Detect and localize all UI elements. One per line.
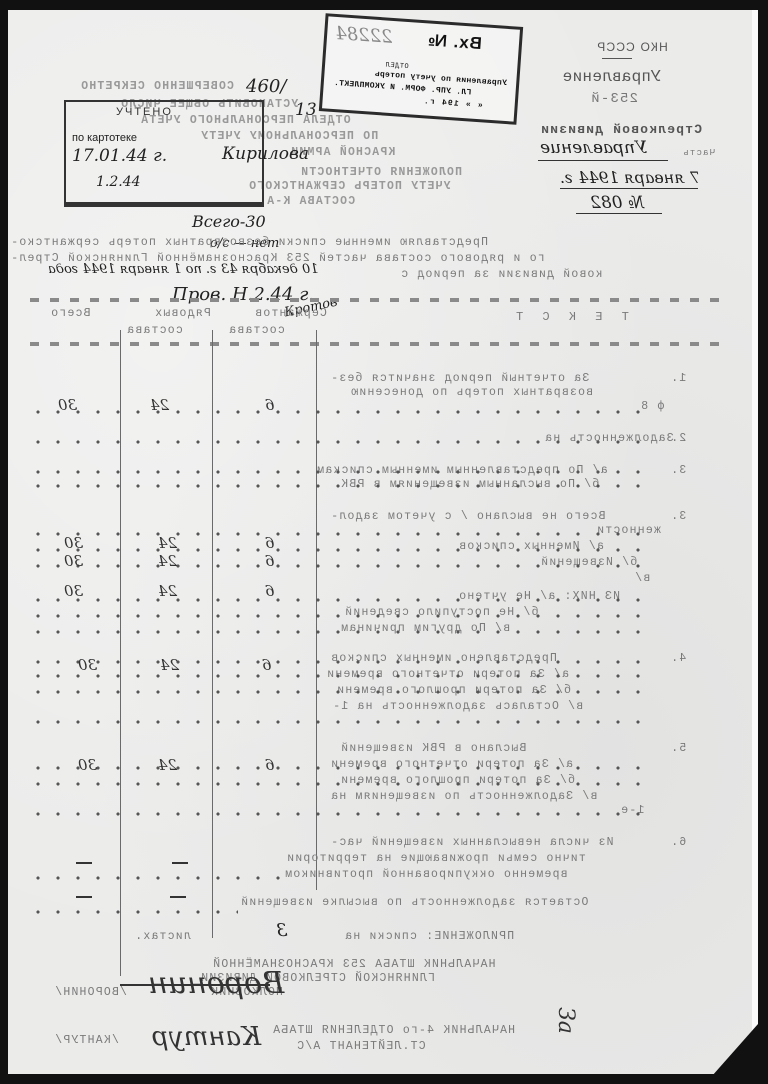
remaining-dash-ryad <box>170 896 186 898</box>
column-rule-2 <box>212 330 213 938</box>
registry-stamp-title: УЧТЕНО <box>116 106 173 118</box>
ofwhich-val-total: 30 <box>64 582 83 600</box>
header-org: НКО СССР <box>596 40 668 54</box>
item-4-leader-b <box>28 690 648 694</box>
item-3-leader-b <box>28 484 648 488</box>
ofwhich-leader-a <box>28 598 648 602</box>
header-dept: Управление <box>562 70 661 84</box>
remaining-dash-total <box>76 896 92 898</box>
header-line-8: СОСТАВА К-А <box>266 195 355 209</box>
item-3b-number: 3. <box>670 510 686 524</box>
item-3b-line-5: в/ <box>634 572 650 586</box>
item-3b-a-total: 30 <box>64 534 83 552</box>
header-part-label: Часть <box>682 146 715 160</box>
item-5-line-4: в/ Задолженность по извещениям на <box>330 790 597 804</box>
item-5-leader-c <box>28 812 648 816</box>
item-4-val-serg: 6 <box>262 656 272 674</box>
item-1-val-total: 30 <box>58 396 77 414</box>
signature-2-initial: За <box>553 1007 578 1034</box>
item-3b-line-1: Всего не выслано / с учетом задол- <box>330 510 605 524</box>
registry-stamp-date: 17.01.44 г. <box>72 146 167 166</box>
registry-stamp-date2: 1.2.44 <box>96 174 141 190</box>
table-top-rule <box>30 298 720 302</box>
text-heading: Т Е К С Т <box>510 310 629 324</box>
incoming-stamp: Вх. № 22284 ОТДЕЛ Управления по учету по… <box>319 13 523 125</box>
item-3-number: 3. <box>670 464 686 478</box>
item-1-val-ryad: 24 <box>150 396 169 414</box>
total-annotation: Всего-30 <box>192 212 266 231</box>
ofwhich-leader-c <box>28 630 648 634</box>
item-5-line-1: Выслано в РВК извещений <box>340 742 526 756</box>
item-3b-b-total: 30 <box>64 552 83 570</box>
signature-1-name: /ВОРОНИН/ <box>54 986 127 1000</box>
item-3b-a-ryad: 24 <box>158 534 177 552</box>
item-3b-leader-0 <box>28 532 648 536</box>
folio-number-2: 13 <box>295 100 317 120</box>
item-6-line-1: Из числа невысланных извещений час- <box>330 836 614 850</box>
item-1-number: 1. <box>670 372 686 386</box>
item-1-line-1: За отчетный период значится без- <box>330 372 589 386</box>
item-1-line-2: возвратных потерь по донесению <box>350 386 593 400</box>
item-6-line-3: временно оккупированной противником <box>284 868 568 882</box>
item-4-line-4: в/ Осталась задолженность на 1- <box>332 700 583 714</box>
signature-2-line-1: НАЧАЛЬНИК 4-го ОТДЕЛЕНИЯ ШТАБА <box>272 1024 515 1038</box>
registry-stamp-line: по картотеке <box>72 132 137 144</box>
item-1-val-serg: 6 <box>265 396 275 414</box>
item-6-number: 6. <box>670 836 686 850</box>
header-part-handwritten: Управление <box>540 138 647 158</box>
column-subheader-1: состава <box>228 324 285 338</box>
page-edge <box>752 10 758 1074</box>
incoming-stamp-number: 22284 <box>335 23 394 48</box>
header-number-handwritten: № 082 <box>590 193 644 213</box>
column-header-2: Рядовых <box>154 307 211 321</box>
header-date-handwritten: 7 января 1944 г. <box>560 168 700 187</box>
item-3-leader-a <box>28 470 648 474</box>
item-1-leader <box>28 410 648 414</box>
torn-corner <box>712 1024 758 1076</box>
attachment-label: ПРИЛОЖЕНИЕ: списки на <box>344 930 514 944</box>
header-line-7: УЧЕТУ ПОТЕРЬ СЕРЖАНТСКОГО <box>248 180 451 194</box>
header-division: Стрелковой дивизии <box>540 123 702 137</box>
column-subheader-2: состава <box>126 324 183 338</box>
signature-1-underline <box>120 984 270 986</box>
header-part-underline <box>538 160 668 161</box>
item-4-val-total: 30 <box>78 656 97 674</box>
item-5-val-ryad: 24 <box>158 756 177 774</box>
attachment-sheets-label: листах. <box>134 930 191 944</box>
item-2-leader <box>28 440 648 444</box>
table-header-rule <box>30 342 720 346</box>
item-3b-a-serg: 6 <box>265 534 275 552</box>
signature-2-handwritten: Кантур <box>152 1022 261 1052</box>
signature-2-name: /КАНТУР/ <box>54 1034 119 1048</box>
header-date-underline <box>560 188 698 189</box>
ofwhich-val-ryad: 24 <box>158 582 177 600</box>
ofwhich-val-serg: 6 <box>265 582 275 600</box>
item-6-line-2: тично семьи проживающие на территории <box>286 852 586 866</box>
item-4-val-ryad: 24 <box>160 656 179 674</box>
item-5-number: 5. <box>670 742 686 756</box>
ofwhich-leader-b <box>28 614 648 618</box>
registry-signer: Кирилова <box>222 144 309 164</box>
header-number-underline <box>576 213 662 214</box>
item-3b-b-ryad: 24 <box>158 552 177 570</box>
remaining-line: Остается задолженность по высылке извеще… <box>240 896 588 910</box>
intro-period-handwritten: 10 декабря 43 г. по 1 января 1944 года <box>48 262 319 277</box>
item-5-leader-a <box>28 766 648 770</box>
item-3b-b-serg: 6 <box>265 552 275 570</box>
incoming-stamp-line4: « » 194 г. <box>422 95 483 113</box>
item-3b-leader-a <box>28 548 648 552</box>
column-header-1: Сержантов <box>254 307 327 321</box>
column-header-3: Всего <box>50 307 91 321</box>
item-4-leader-a <box>28 674 648 678</box>
header-line-1: СОВЕРШЕННО СЕКРЕТНО <box>80 80 234 94</box>
header-rule <box>602 58 632 59</box>
item-4-number: 4. <box>670 652 686 666</box>
header-line-6: ПОЛОЖЕНИЯ ОТЧЕТНОСТИ <box>300 166 462 180</box>
intro-line-3: ковой дивизии за период с <box>400 268 603 282</box>
incoming-stamp-label: Вх. № <box>427 33 483 51</box>
item-5-val-total: 30 <box>78 756 97 774</box>
header-division-number: 253-й <box>590 92 638 106</box>
attachment-sheets-count: 3 <box>276 920 287 941</box>
item-6-dash-total <box>76 862 92 864</box>
item-6-leader <box>28 876 288 880</box>
signature-2-line-2: СТ.ЛЕЙТЕНАНТ А/С <box>296 1040 426 1054</box>
item-6-dash-ryad <box>172 862 188 864</box>
item-3b-leader-b <box>28 564 648 568</box>
item-4-leader-0 <box>28 660 648 664</box>
item-5-leader-b <box>28 782 648 786</box>
item-5-val-serg: 6 <box>265 756 275 774</box>
column-rule-3 <box>316 330 317 890</box>
remaining-leader <box>28 910 238 914</box>
folio-number: 460/ <box>246 76 286 97</box>
item-4-leader-c <box>28 720 648 724</box>
intro-line-1: Представляю именные списки безвозвратных… <box>10 236 488 250</box>
